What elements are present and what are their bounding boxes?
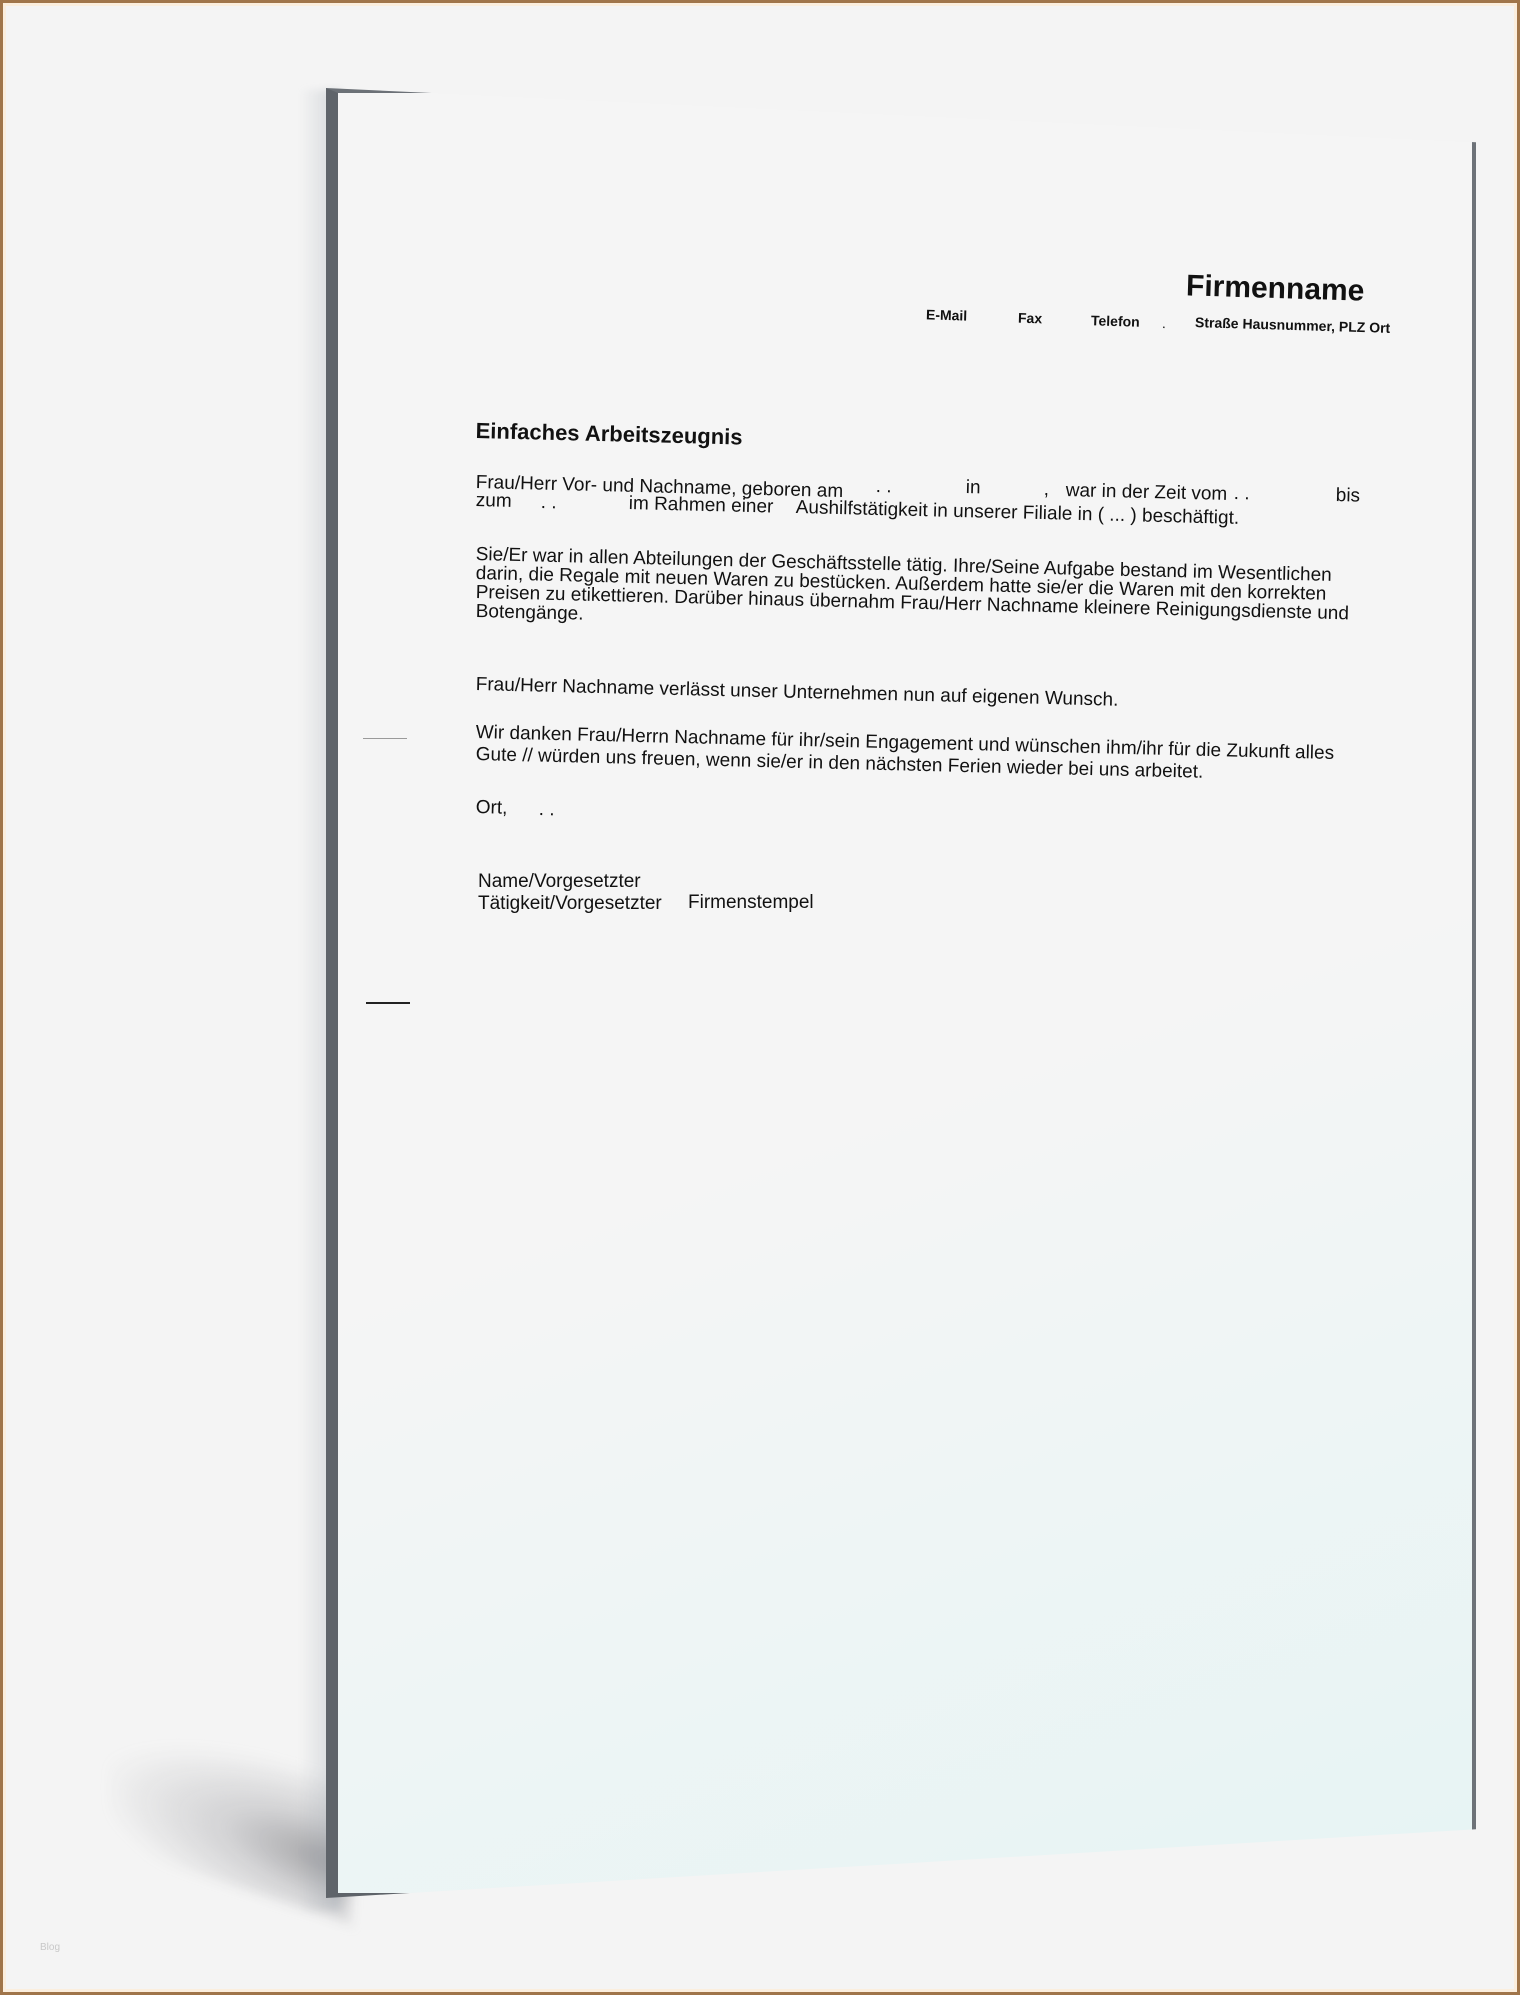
end-date-placeholder: . . xyxy=(541,493,557,512)
phone-label: Telefon xyxy=(1091,312,1140,329)
fold-mark xyxy=(363,738,407,739)
contact-separator: . xyxy=(1162,315,1166,331)
company-stamp-label: Firmenstempel xyxy=(688,893,814,912)
document-content: Firmenname E-Mail Fax Telefon . Straße H… xyxy=(326,88,1476,1898)
signature-role: Tätigkeit/Vorgesetzter xyxy=(478,894,662,913)
intro-line-2-a: im Rahmen einer xyxy=(629,494,774,517)
email-label: E-Mail xyxy=(926,306,968,323)
watermark: Blog xyxy=(40,1942,60,1953)
birth-place-label: in xyxy=(966,478,981,497)
duties-line-4: Botengänge. xyxy=(476,602,584,624)
signature-name: Name/Vorgesetzter xyxy=(478,872,641,891)
intro-line-1-b: war in der Zeit vom xyxy=(1066,481,1228,504)
start-date-placeholder: . . xyxy=(1234,484,1250,503)
company-address: Straße Hausnummer, PLZ Ort xyxy=(1195,314,1391,336)
document-title: Einfaches Arbeitszeugnis xyxy=(475,418,742,451)
company-name: Firmenname xyxy=(1185,269,1364,308)
place-label: Ort, xyxy=(476,798,508,818)
punch-mark xyxy=(366,1002,410,1004)
intro-comma: , xyxy=(1044,480,1050,499)
intro-line-2-zum: zum xyxy=(476,491,512,511)
leaving-statement: Frau/Herr Nachname verlässt unser Untern… xyxy=(476,675,1119,710)
fax-label: Fax xyxy=(1018,310,1043,327)
date-placeholder: . . xyxy=(539,800,555,819)
birth-date-placeholder: . . xyxy=(876,477,892,496)
until-label: bis xyxy=(1336,486,1361,506)
